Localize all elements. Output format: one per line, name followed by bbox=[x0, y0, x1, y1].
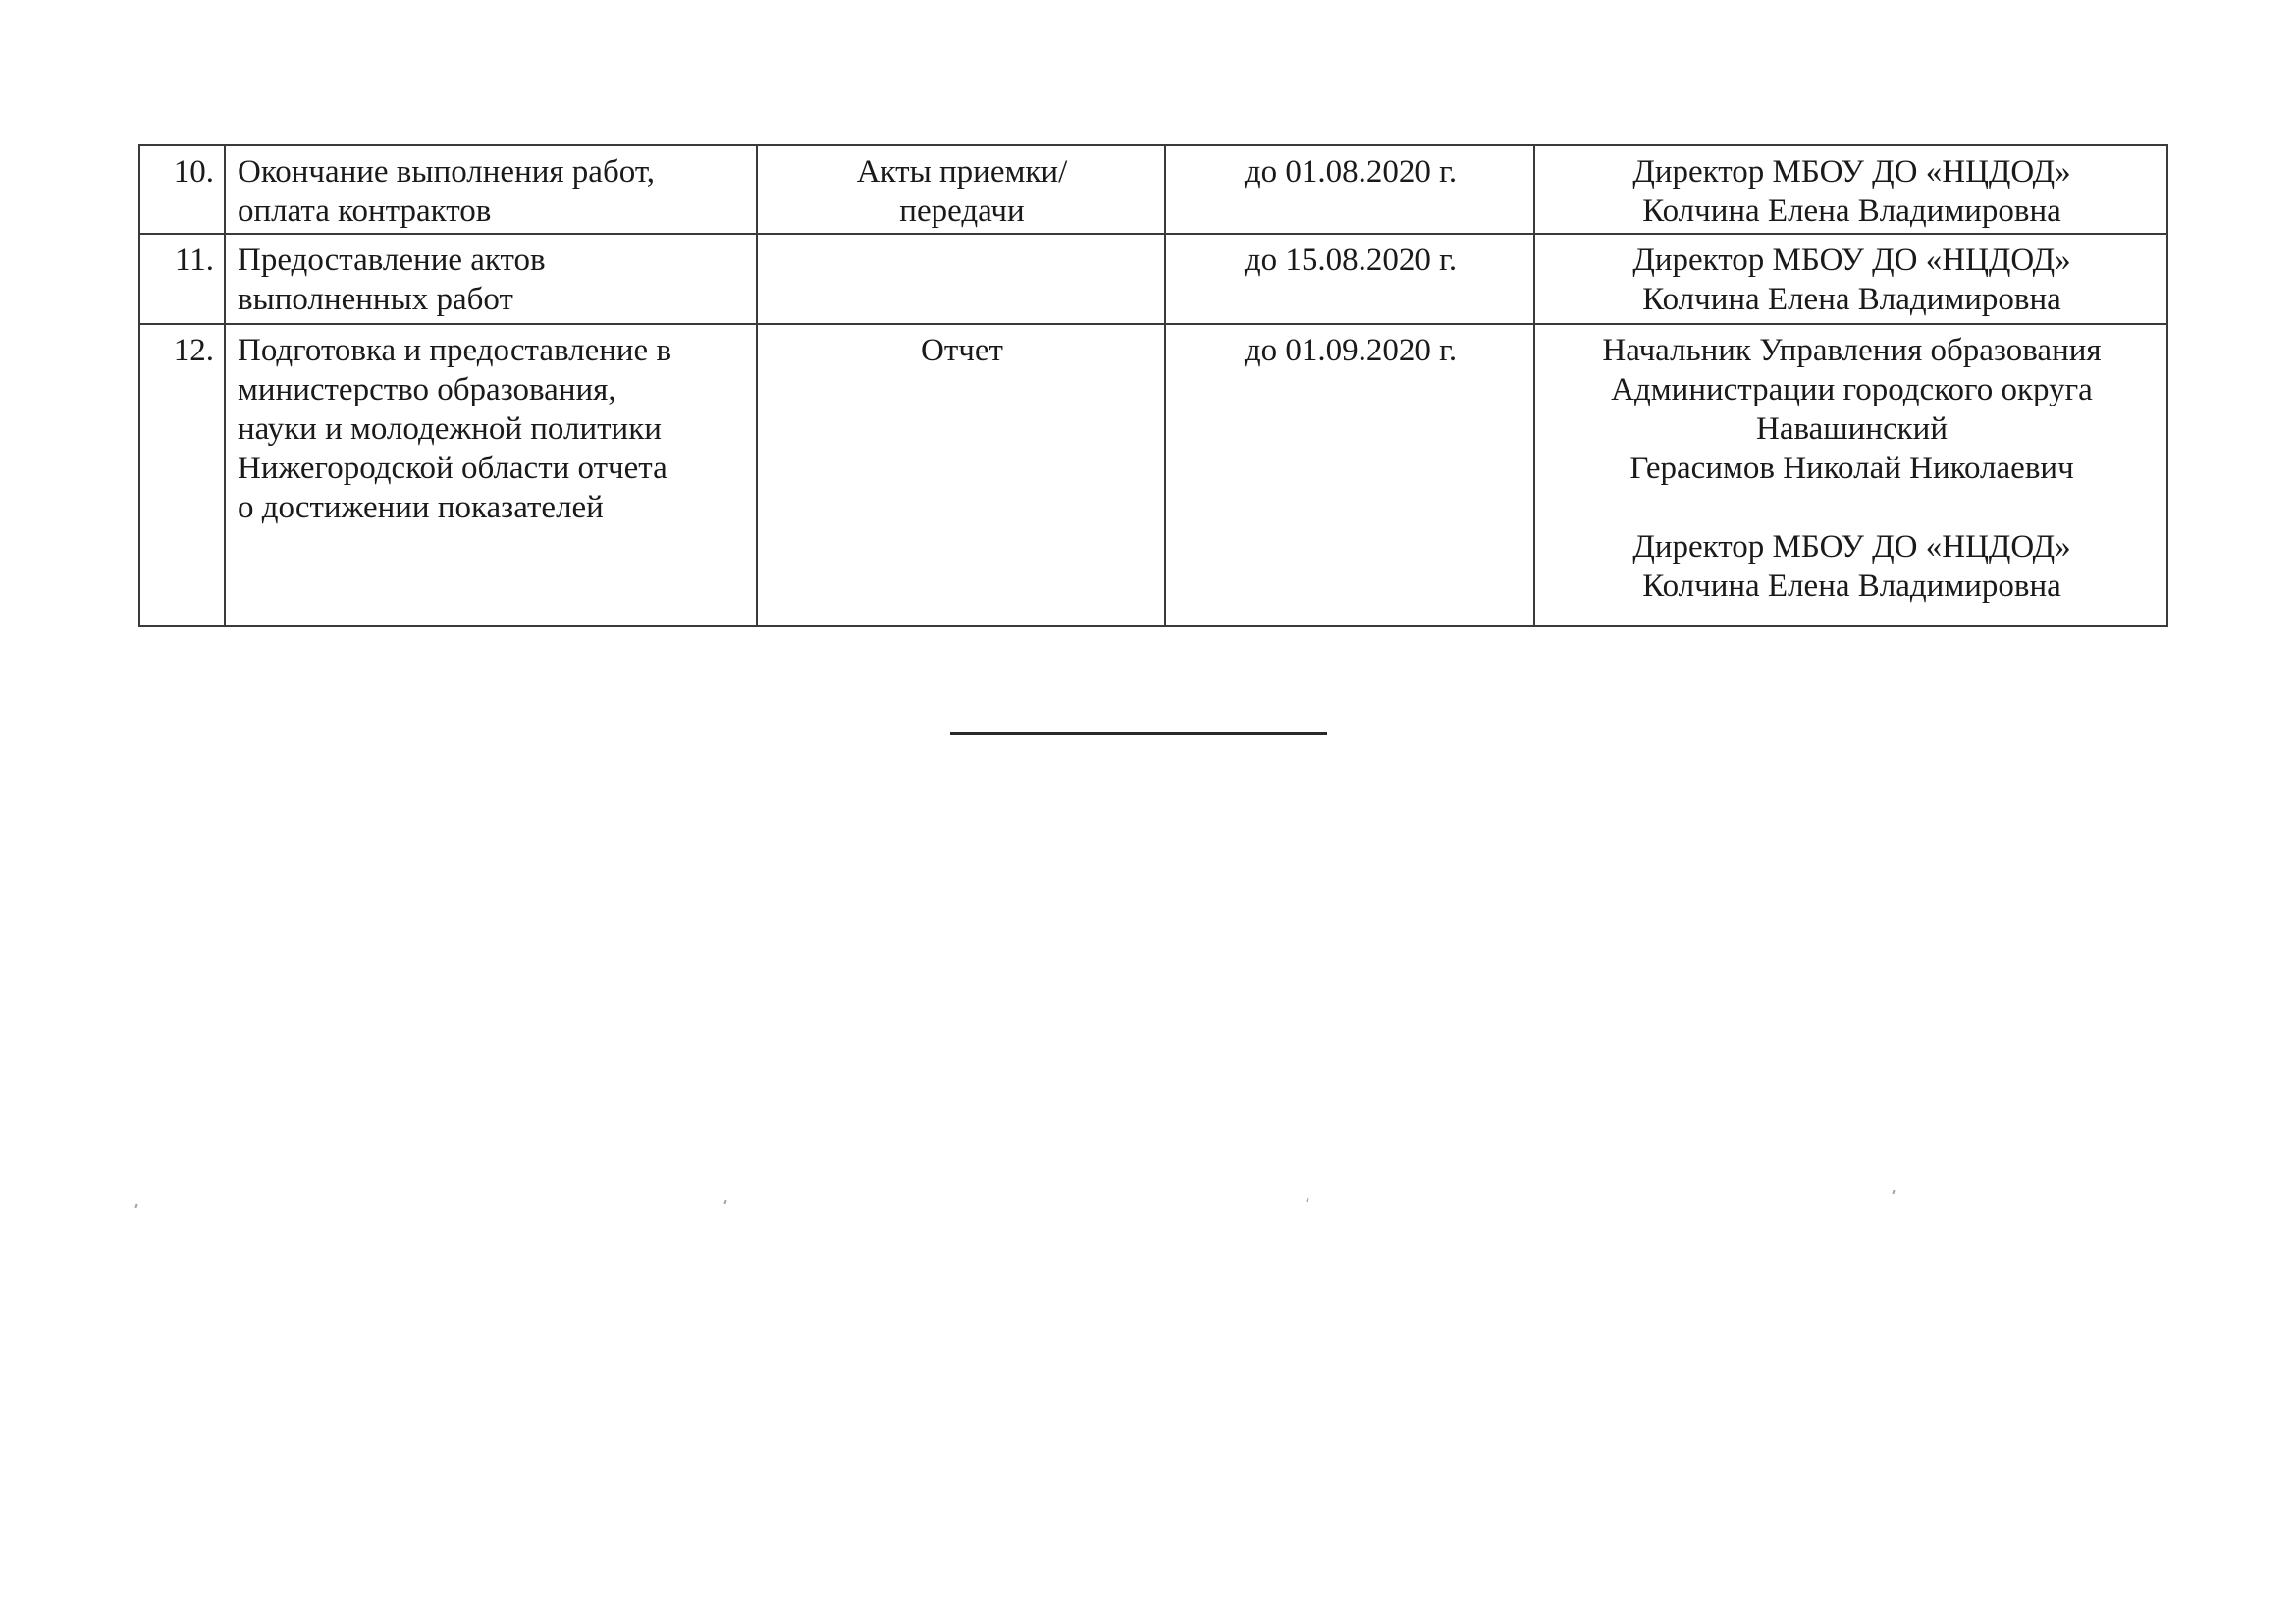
responsible-line: Директор МБОУ ДО «НЦДОД» bbox=[1547, 527, 2157, 567]
activity-line: оплата контрактов bbox=[238, 191, 746, 231]
responsible-line: Администрации городского округа bbox=[1547, 370, 2157, 409]
document-line: Отчет bbox=[770, 331, 1154, 370]
document-page: 10. Окончание выполнения работ, оплата к… bbox=[0, 0, 2296, 1624]
activity-line: Предоставление актов bbox=[238, 241, 746, 280]
row-number: 11. bbox=[139, 234, 225, 324]
activity-cell: Предоставление актов выполненных работ bbox=[225, 234, 757, 324]
deadline-cell: до 15.08.2020 г. bbox=[1165, 234, 1534, 324]
document-cell: Отчет bbox=[757, 324, 1165, 626]
responsible-line: Директор МБОУ ДО «НЦДОД» bbox=[1547, 152, 2157, 191]
activity-line: Окончание выполнения работ, bbox=[238, 152, 746, 191]
activity-line: Подготовка и предоставление в bbox=[238, 331, 746, 370]
end-separator-line bbox=[950, 732, 1327, 735]
scan-speck bbox=[1892, 1190, 1895, 1194]
responsible-line: Колчина Елена Владимировна bbox=[1547, 567, 2157, 606]
responsible-line: Начальник Управления образования bbox=[1547, 331, 2157, 370]
responsible-line: Герасимов Николай Николаевич bbox=[1547, 449, 2157, 488]
document-line: передачи bbox=[770, 191, 1154, 231]
responsible-cell: Директор МБОУ ДО «НЦДОД» Колчина Елена В… bbox=[1534, 234, 2167, 324]
deadline-cell: до 01.09.2020 г. bbox=[1165, 324, 1534, 626]
deadline-cell: до 01.08.2020 г. bbox=[1165, 145, 1534, 234]
activity-line: науки и молодежной политики bbox=[238, 409, 746, 449]
table-row: 12. Подготовка и предоставление в минист… bbox=[139, 324, 2167, 626]
responsible-cell: Начальник Управления образования Админис… bbox=[1534, 324, 2167, 626]
plan-table: 10. Окончание выполнения работ, оплата к… bbox=[138, 144, 2168, 627]
document-cell bbox=[757, 234, 1165, 324]
table-row: 10. Окончание выполнения работ, оплата к… bbox=[139, 145, 2167, 234]
responsible-line: Колчина Елена Владимировна bbox=[1547, 191, 2157, 231]
activity-line: Нижегородской области отчета bbox=[238, 449, 746, 488]
activity-line: министерство образования, bbox=[238, 370, 746, 409]
document-line: Акты приемки/ bbox=[770, 152, 1154, 191]
responsible-line: Навашинский bbox=[1547, 409, 2157, 449]
activity-line: о достижении показателей bbox=[238, 488, 746, 527]
activity-line: выполненных работ bbox=[238, 280, 746, 319]
scan-speck bbox=[134, 1204, 137, 1208]
activity-cell: Подготовка и предоставление в министерст… bbox=[225, 324, 757, 626]
responsible-line: Директор МБОУ ДО «НЦДОД» bbox=[1547, 241, 2157, 280]
activity-cell: Окончание выполнения работ, оплата контр… bbox=[225, 145, 757, 234]
scan-speck bbox=[723, 1200, 726, 1204]
row-number: 12. bbox=[139, 324, 225, 626]
responsible-cell: Директор МБОУ ДО «НЦДОД» Колчина Елена В… bbox=[1534, 145, 2167, 234]
row-number: 10. bbox=[139, 145, 225, 234]
document-cell: Акты приемки/ передачи bbox=[757, 145, 1165, 234]
responsible-line: Колчина Елена Владимировна bbox=[1547, 280, 2157, 319]
table-row: 11. Предоставление актов выполненных раб… bbox=[139, 234, 2167, 324]
scan-speck bbox=[1306, 1198, 1308, 1202]
blank-line bbox=[1547, 488, 2157, 527]
